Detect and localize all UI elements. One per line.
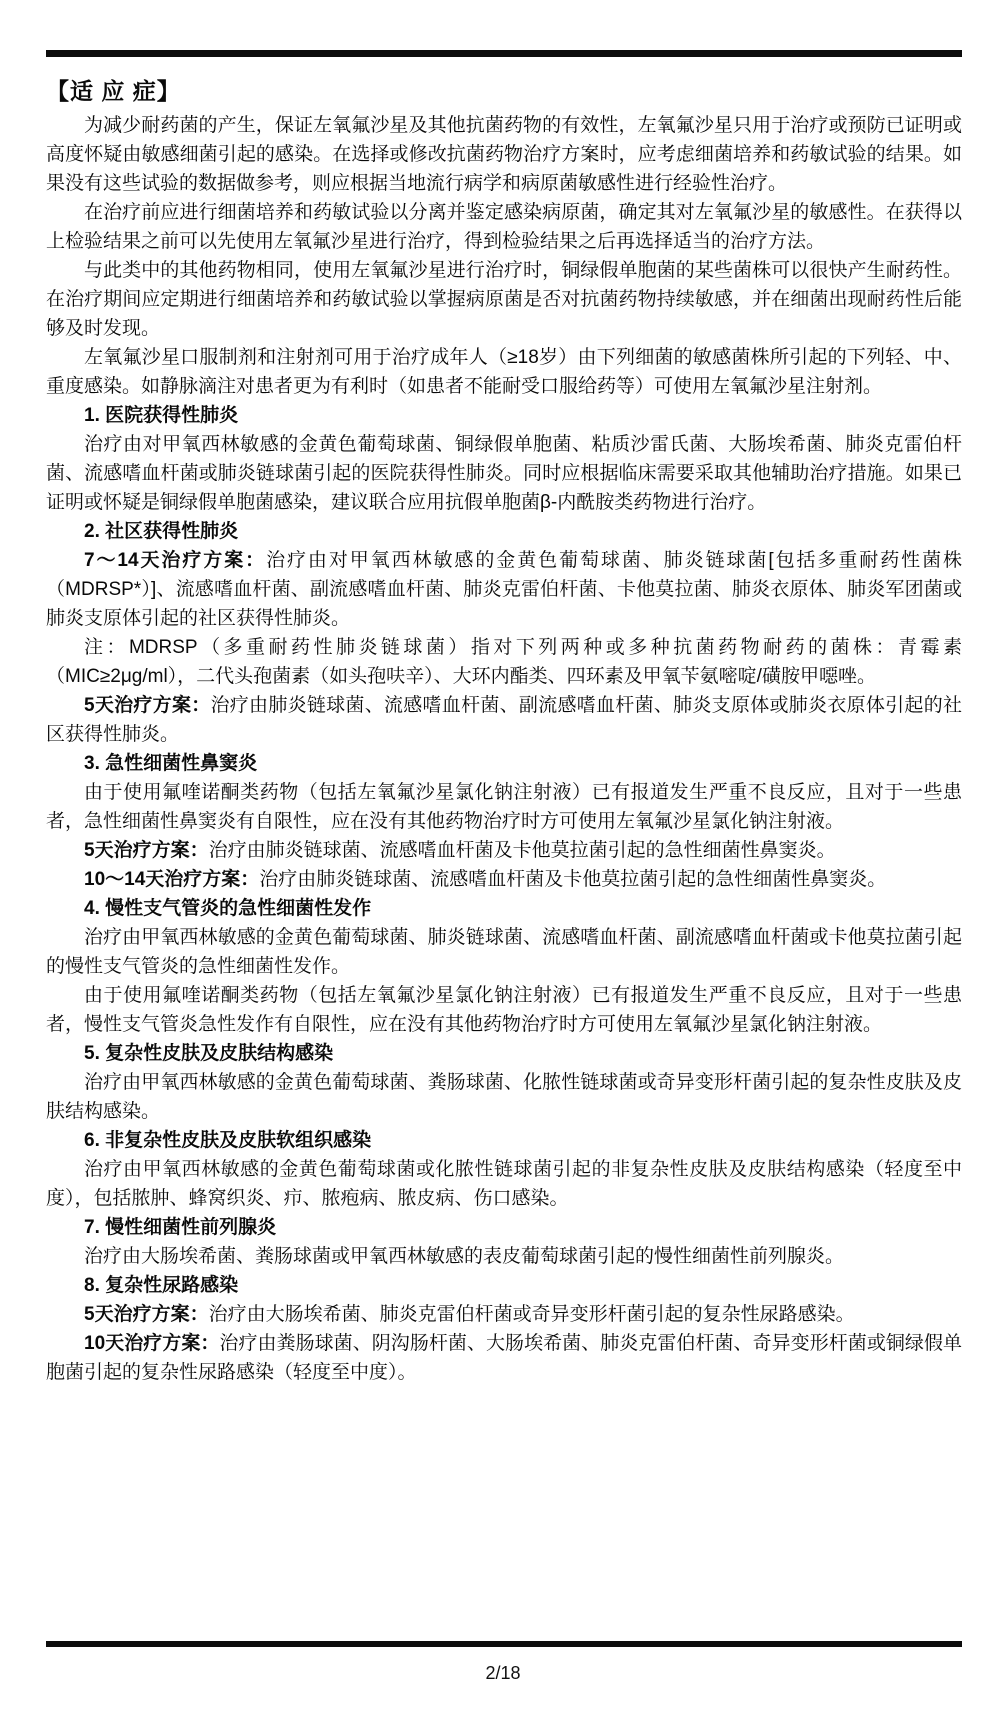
document-page: 【适 应 症】 为减少耐药菌的产生，保证左氧氟沙星及其他抗菌药物的有效性，左氧氟… xyxy=(0,0,1006,1719)
subheading-text: 6. 非复杂性皮肤及皮肤软组织感染 xyxy=(84,1130,371,1151)
paragraph: 注：MDRSP（多重耐药性肺炎链球菌）指对下列两种或多种抗菌药物耐药的菌株：青霉… xyxy=(46,633,962,691)
paragraph-text: 与此类中的其他药物相同，使用左氧氟沙星进行治疗时，铜绿假单胞菌的某些菌株可以很快… xyxy=(46,260,962,339)
section-title: 【适 应 症】 xyxy=(46,75,962,107)
paragraph-text: 由于使用氟喹诺酮类药物（包括左氧氟沙星氯化钠注射液）已有报道发生严重不良反应，且… xyxy=(46,985,962,1035)
paragraph-text: 治疗由对甲氧西林敏感的金黄色葡萄球菌、铜绿假单胞菌、粘质沙雷氏菌、大肠埃希菌、肺… xyxy=(46,434,962,513)
paragraph: 左氧氟沙星口服制剂和注射剂可用于治疗成年人（≥18岁）由下列细菌的敏感菌株所引起… xyxy=(46,343,962,401)
paragraph-lead: 5天治疗方案： xyxy=(84,695,211,716)
paragraph-text: 治疗由大肠埃希菌、粪肠球菌或甲氧西林敏感的表皮葡萄球菌引起的慢性细菌性前列腺炎。 xyxy=(84,1246,844,1267)
subheading-text: 3. 急性细菌性鼻窦炎 xyxy=(84,753,257,774)
paragraph-lead: 5天治疗方案： xyxy=(84,840,209,861)
paragraph: 5天治疗方案：治疗由大肠埃希菌、肺炎克雷伯杆菌或奇异变形杆菌引起的复杂性尿路感染… xyxy=(46,1300,962,1329)
footer-divider xyxy=(46,1641,962,1647)
paragraph-lead: 10～14天治疗方案： xyxy=(84,869,259,890)
paragraph-text: 治疗由大肠埃希菌、肺炎克雷伯杆菌或奇异变形杆菌引起的复杂性尿路感染。 xyxy=(209,1304,855,1325)
document-body: 为减少耐药菌的产生，保证左氧氟沙星及其他抗菌药物的有效性，左氧氟沙星只用于治疗或… xyxy=(46,111,962,1387)
paragraph-text: 由于使用氟喹诺酮类药物（包括左氧氟沙星氯化钠注射液）已有报道发生严重不良反应，且… xyxy=(46,782,962,832)
paragraph-text: 为减少耐药菌的产生，保证左氧氟沙星及其他抗菌药物的有效性，左氧氟沙星只用于治疗或… xyxy=(46,115,962,194)
paragraph-lead: 10天治疗方案： xyxy=(84,1333,219,1354)
paragraph: 为减少耐药菌的产生，保证左氧氟沙星及其他抗菌药物的有效性，左氧氟沙星只用于治疗或… xyxy=(46,111,962,198)
section-subheading: 4. 慢性支气管炎的急性细菌性发作 xyxy=(46,894,962,923)
section-subheading: 2. 社区获得性肺炎 xyxy=(46,517,962,546)
paragraph: 5天治疗方案：治疗由肺炎链球菌、流感嗜血杆菌及卡他莫拉菌引起的急性细菌性鼻窦炎。 xyxy=(46,836,962,865)
subheading-text: 4. 慢性支气管炎的急性细菌性发作 xyxy=(84,898,371,919)
paragraph: 由于使用氟喹诺酮类药物（包括左氧氟沙星氯化钠注射液）已有报道发生严重不良反应，且… xyxy=(46,981,962,1039)
subheading-text: 1. 医院获得性肺炎 xyxy=(84,405,238,426)
paragraph: 治疗由甲氧西林敏感的金黄色葡萄球菌、粪肠球菌、化脓性链球菌或奇异变形杆菌引起的复… xyxy=(46,1068,962,1126)
section-subheading: 7. 慢性细菌性前列腺炎 xyxy=(46,1213,962,1242)
paragraph: 治疗由甲氧西林敏感的金黄色葡萄球菌、肺炎链球菌、流感嗜血杆菌、副流感嗜血杆菌或卡… xyxy=(46,923,962,981)
paragraph: 5天治疗方案：治疗由肺炎链球菌、流感嗜血杆菌、副流感嗜血杆菌、肺炎支原体或肺炎衣… xyxy=(46,691,962,749)
section-subheading: 3. 急性细菌性鼻窦炎 xyxy=(46,749,962,778)
paragraph: 10天治疗方案：治疗由粪肠球菌、阴沟肠杆菌、大肠埃希菌、肺炎克雷伯杆菌、奇异变形… xyxy=(46,1329,962,1387)
section-subheading: 5. 复杂性皮肤及皮肤结构感染 xyxy=(46,1039,962,1068)
paragraph-lead: 5天治疗方案： xyxy=(84,1304,209,1325)
section-subheading: 8. 复杂性尿路感染 xyxy=(46,1271,962,1300)
section-subheading: 6. 非复杂性皮肤及皮肤软组织感染 xyxy=(46,1126,962,1155)
paragraph-text: 治疗由甲氧西林敏感的金黄色葡萄球菌、肺炎链球菌、流感嗜血杆菌、副流感嗜血杆菌或卡… xyxy=(46,927,962,977)
paragraph-text: 治疗由肺炎链球菌、流感嗜血杆菌及卡他莫拉菌引起的急性细菌性鼻窦炎。 xyxy=(209,840,836,861)
paragraph: 在治疗前应进行细菌培养和药敏试验以分离并鉴定感染病原菌，确定其对左氧氟沙星的敏感… xyxy=(46,198,962,256)
subheading-text: 5. 复杂性皮肤及皮肤结构感染 xyxy=(84,1043,333,1064)
paragraph: 治疗由对甲氧西林敏感的金黄色葡萄球菌、铜绿假单胞菌、粘质沙雷氏菌、大肠埃希菌、肺… xyxy=(46,430,962,517)
paragraph-text: 注：MDRSP（多重耐药性肺炎链球菌）指对下列两种或多种抗菌药物耐药的菌株：青霉… xyxy=(46,637,962,687)
paragraph-text: 治疗由甲氧西林敏感的金黄色葡萄球菌、粪肠球菌、化脓性链球菌或奇异变形杆菌引起的复… xyxy=(46,1072,962,1122)
paragraph: 7～14天治疗方案：治疗由对甲氧西林敏感的金黄色葡萄球菌、肺炎链球菌[包括多重耐… xyxy=(46,546,962,633)
subheading-text: 7. 慢性细菌性前列腺炎 xyxy=(84,1217,276,1238)
paragraph-text: 左氧氟沙星口服制剂和注射剂可用于治疗成年人（≥18岁）由下列细菌的敏感菌株所引起… xyxy=(46,347,962,397)
page-number: 2/18 xyxy=(0,1660,1006,1686)
paragraph-lead: 7～14天治疗方案： xyxy=(84,550,266,571)
paragraph-text: 治疗由甲氧西林敏感的金黄色葡萄球菌或化脓性链球菌引起的非复杂性皮肤及皮肤结构感染… xyxy=(46,1159,962,1209)
paragraph: 与此类中的其他药物相同，使用左氧氟沙星进行治疗时，铜绿假单胞菌的某些菌株可以很快… xyxy=(46,256,962,343)
paragraph: 由于使用氟喹诺酮类药物（包括左氧氟沙星氯化钠注射液）已有报道发生严重不良反应，且… xyxy=(46,778,962,836)
paragraph: 治疗由大肠埃希菌、粪肠球菌或甲氧西林敏感的表皮葡萄球菌引起的慢性细菌性前列腺炎。 xyxy=(46,1242,962,1271)
subheading-text: 2. 社区获得性肺炎 xyxy=(84,521,238,542)
paragraph-text: 治疗由肺炎链球菌、流感嗜血杆菌及卡他莫拉菌引起的急性细菌性鼻窦炎。 xyxy=(259,869,886,890)
paragraph-text: 在治疗前应进行细菌培养和药敏试验以分离并鉴定感染病原菌，确定其对左氧氟沙星的敏感… xyxy=(46,202,962,252)
subheading-text: 8. 复杂性尿路感染 xyxy=(84,1275,238,1296)
paragraph: 治疗由甲氧西林敏感的金黄色葡萄球菌或化脓性链球菌引起的非复杂性皮肤及皮肤结构感染… xyxy=(46,1155,962,1213)
paragraph: 10～14天治疗方案：治疗由肺炎链球菌、流感嗜血杆菌及卡他莫拉菌引起的急性细菌性… xyxy=(46,865,962,894)
top-divider xyxy=(46,50,962,57)
section-subheading: 1. 医院获得性肺炎 xyxy=(46,401,962,430)
